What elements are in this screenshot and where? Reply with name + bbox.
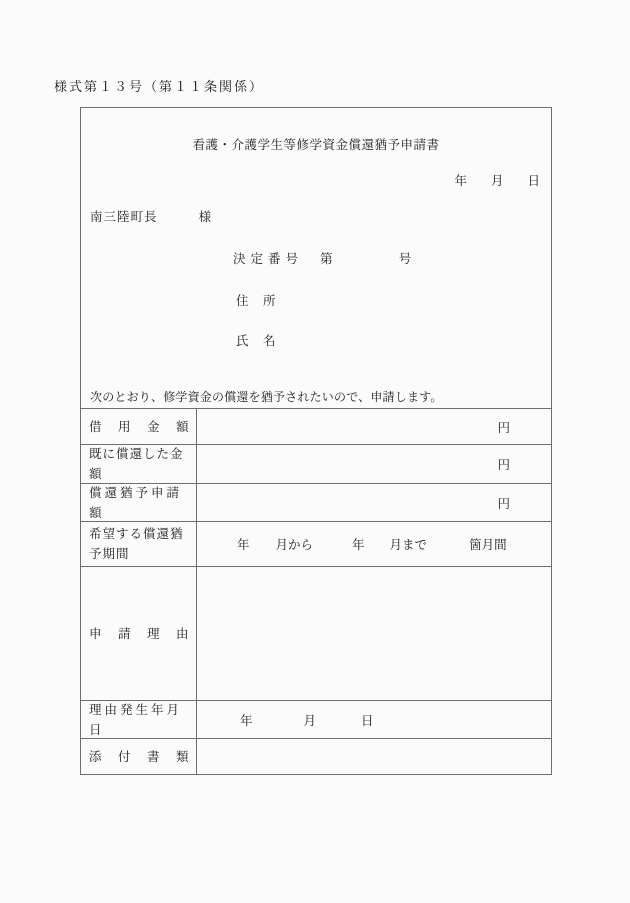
- decision-number-suffix: 号: [399, 252, 412, 266]
- period-year-to-label: 年: [352, 535, 365, 553]
- reason-day-label: 日: [361, 711, 374, 729]
- decision-number-prefix: 第: [320, 252, 333, 266]
- row-label: 添 付 書 類: [81, 739, 197, 774]
- table-row-application-reason: 申 請 理 由: [81, 566, 551, 700]
- addressee-honorific: 様: [199, 210, 212, 224]
- document-page: 様式第１３号（第１１条関係） 看護・介護学生等修学資金償還猶予申請書 年 月 日…: [0, 0, 630, 903]
- row-label: 申 請 理 由: [81, 567, 197, 700]
- table-row-borrowed-amount: 借 用 金 額 円: [81, 408, 551, 444]
- form-title: 看護・介護学生等修学資金償還猶予申請書: [81, 135, 551, 153]
- decision-number-line: 決定番号 第 号: [233, 249, 411, 267]
- name-label: 氏 名: [236, 331, 277, 349]
- row-label: 償還猶予申請額: [81, 484, 197, 521]
- date-line: 年 月 日: [454, 171, 540, 189]
- form-table: 借 用 金 額 円 既に償還した金額 円 償還猶予申請額 円 希望する償還猶予期…: [81, 408, 551, 774]
- row-value-cell: 年 月から 年 月まで 箇月間: [197, 522, 551, 566]
- row-label: 理由発生年月日: [81, 701, 197, 738]
- row-value-cell: 円: [197, 445, 551, 483]
- application-statement: 次のとおり、修学資金の償還を猶予されたいので、申請します。: [90, 388, 443, 405]
- reason-month-label: 月: [304, 711, 317, 729]
- period-months-label: 箇月間: [469, 535, 507, 553]
- row-label: 借 用 金 額: [81, 409, 197, 444]
- row-value-cell: [197, 567, 551, 700]
- form-number: 様式第１３号（第１１条関係）: [54, 76, 264, 95]
- address-label: 住 所: [236, 291, 277, 309]
- row-value-cell: 円: [197, 484, 551, 521]
- reason-year-label: 年: [240, 711, 253, 729]
- addressee-name: 南三陸町長: [90, 210, 158, 224]
- form-box: 看護・介護学生等修学資金償還猶予申請書 年 月 日 南三陸町長 様 決定番号 第…: [80, 107, 552, 775]
- row-value-cell: [197, 739, 551, 774]
- table-row-reason-date: 理由発生年月日 年 月 日: [81, 700, 551, 738]
- date-year-label: 年: [454, 171, 467, 189]
- period-month-from-label: 月から: [276, 535, 314, 553]
- period-month-to-label: 月まで: [390, 535, 428, 553]
- yen-unit-label: 円: [497, 494, 510, 512]
- date-day-label: 日: [527, 171, 540, 189]
- row-label: 既に償還した金額: [81, 445, 197, 483]
- table-row-already-repaid: 既に償還した金額 円: [81, 444, 551, 483]
- decision-number-label: 決定番号: [233, 252, 303, 266]
- date-month-label: 月: [491, 171, 504, 189]
- period-year-from-label: 年: [237, 535, 250, 553]
- table-row-attached-documents: 添 付 書 類: [81, 738, 551, 774]
- table-row-deferment-period: 希望する償還猶予期間 年 月から 年 月まで 箇月間: [81, 521, 551, 566]
- yen-unit-label: 円: [497, 418, 510, 436]
- addressee-line: 南三陸町長 様: [90, 207, 211, 225]
- table-row-deferment-amount: 償還猶予申請額 円: [81, 483, 551, 521]
- row-value-cell: 円: [197, 409, 551, 444]
- row-label: 希望する償還猶予期間: [81, 522, 197, 566]
- row-value-cell: 年 月 日: [197, 701, 551, 738]
- yen-unit-label: 円: [497, 455, 510, 473]
